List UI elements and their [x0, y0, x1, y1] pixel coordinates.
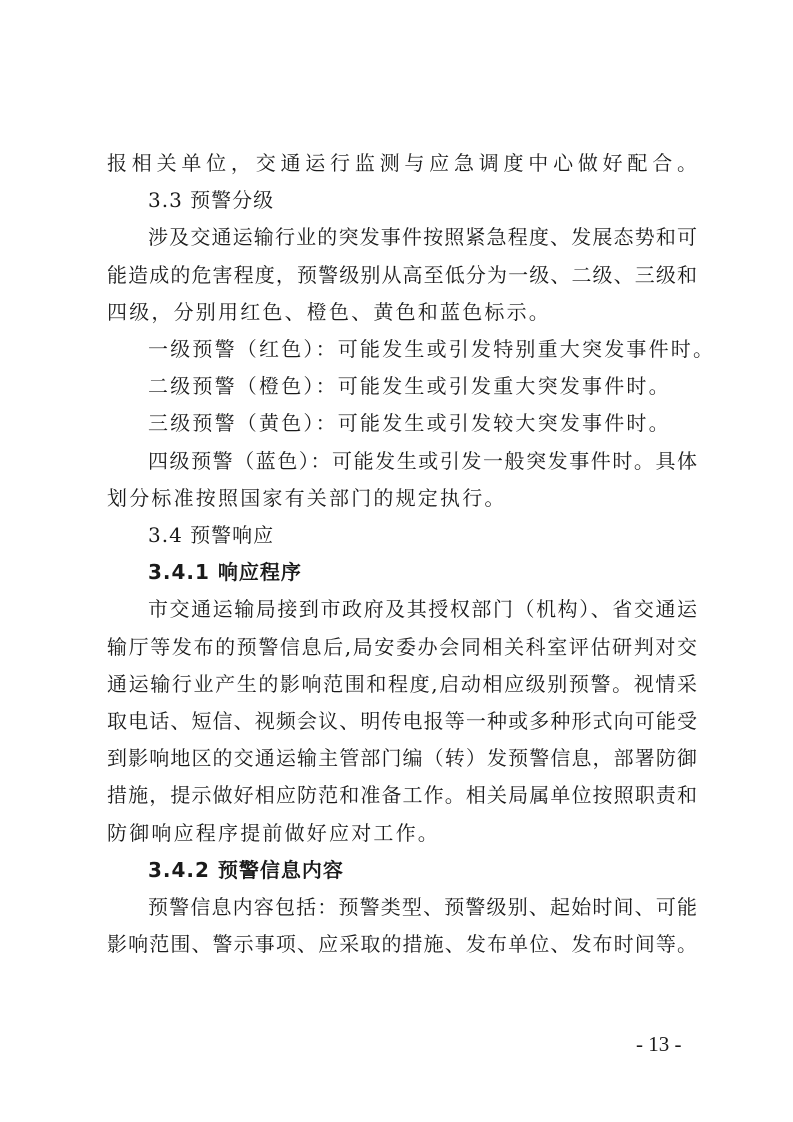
paragraph-line: 到影响地区的交通运输主管部门编（转）发预警信息，部署防御 [107, 740, 697, 777]
paragraph-line: 措施，提示做好相应防范和准备工作。相关局属单位按照职责和 [107, 777, 697, 814]
subsection-heading-3-4-2: 3.4.2 预警信息内容 [107, 852, 697, 889]
subsection-heading-3-4-1: 3.4.1 响应程序 [107, 554, 697, 591]
paragraph-line: 影响范围、警示事项、应采取的措施、发布单位、发布时间等。 [107, 926, 697, 963]
text-line-continuation: 报相关单位，交通运行监测与应急调度中心做好配合。 [107, 145, 697, 182]
section-heading-3-3: 3.3 预警分级 [107, 182, 697, 219]
paragraph-line: 涉及交通运输行业的突发事件按照紧急程度、发展态势和可 [107, 219, 697, 256]
paragraph-line: 通运输行业产生的影响范围和程度,启动相应级别预警。视情采 [107, 666, 697, 703]
paragraph-line: 四级，分别用红色、橙色、黄色和蓝色标示。 [107, 294, 697, 331]
warning-level-yellow: 三级预警（黄色）：可能发生或引发较大突发事件时。 [107, 405, 697, 442]
paragraph-line: 输厅等发布的预警信息后,局安委办会同相关科室评估研判对交 [107, 629, 697, 666]
paragraph-line: 市交通运输局接到市政府及其授权部门（机构）、省交通运 [107, 591, 697, 628]
warning-level-red: 一级预警（红色）：可能发生或引发特别重大突发事件时。 [107, 331, 697, 368]
warning-level-blue: 四级预警（蓝色）：可能发生或引发一般突发事件时。具体 [107, 443, 697, 480]
paragraph-line: 预警信息内容包括：预警类型、预警级别、起始时间、可能 [107, 889, 697, 926]
section-heading-3-4: 3.4 预警响应 [107, 517, 697, 554]
paragraph-line: 取电话、短信、视频会议、明传电报等一种或多种形式向可能受 [107, 703, 697, 740]
page-number: - 13 - [636, 1032, 682, 1057]
paragraph-line: 防御响应程序提前做好应对工作。 [107, 815, 697, 852]
paragraph-line: 能造成的危害程度，预警级别从高至低分为一级、二级、三级和 [107, 257, 697, 294]
warning-level-orange: 二级预警（橙色）：可能发生或引发重大突发事件时。 [107, 368, 697, 405]
document-page: 报相关单位，交通运行监测与应急调度中心做好配合。 3.3 预警分级 涉及交通运输… [107, 145, 697, 963]
paragraph-line: 划分标准按照国家有关部门的规定执行。 [107, 480, 697, 517]
